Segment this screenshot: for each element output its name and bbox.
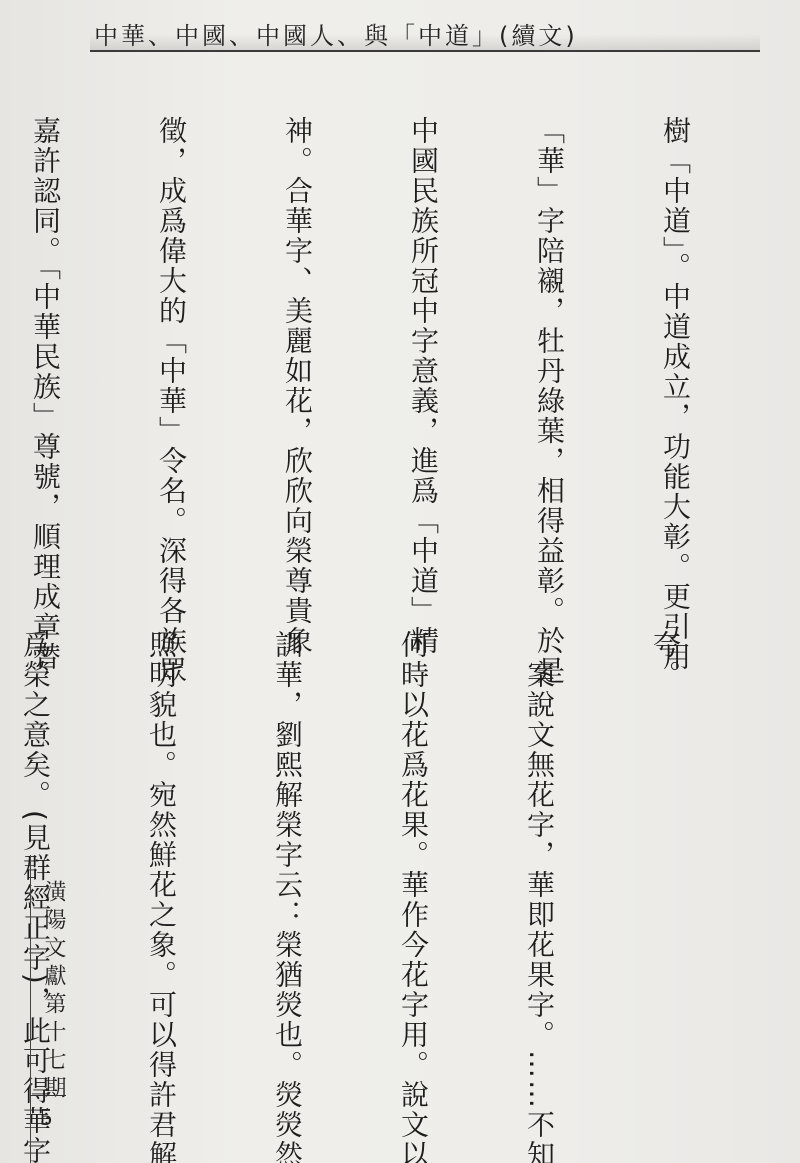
text-column: 何時以花爲花果。華作今花字用。說文以榮: [392, 630, 434, 1100]
text-column: 訓華，劉熙解榮字云：榮猶熒也。熒熒然，: [266, 630, 308, 1100]
text-column: 嘉許認同。「中華民族」尊號，順理成章替: [24, 116, 66, 586]
margin-rule: [30, 855, 31, 1163]
body-text-bottom: 夸。 案說文無花字，華即花果字。……不知 何時以花爲花果。華作今花字用。說文以榮…: [0, 630, 770, 1100]
text-column: 夸。: [644, 630, 686, 1100]
page-number: 5: [40, 1105, 52, 1132]
body-text-top: 樹「中道」。中道成立，功能大彰。更引用 「華」字陪襯，牡丹綠葉，相得益彰。於是 …: [0, 116, 780, 586]
running-header: 中華、中國、中國人、與「中道」(續文): [90, 14, 760, 52]
text-column: 照明貌也。宛然鮮花之象。可以得許君解華: [140, 630, 182, 1100]
journal-name: 潢陽文獻第十七期: [38, 880, 69, 1104]
text-column: 中國民族所冠中字意義，進爲「中道」精: [402, 116, 444, 586]
text-column: 神。合華字、美麗如花，欣欣向榮尊貴象: [276, 116, 318, 586]
text-column: 徵，成爲偉大的「中華」令名。深得各族眾: [150, 116, 192, 586]
article-title: 中華、中國、中國人、與「中道」(續文): [94, 16, 578, 51]
text-column: 「華」字陪襯，牡丹綠葉，相得益彰。於是: [528, 116, 570, 586]
text-column: 案說文無花字，華即花果字。……不知: [518, 630, 560, 1100]
text-column: 樹「中道」。中道成立，功能大彰。更引用: [654, 116, 696, 586]
page-number-rule: [30, 1095, 66, 1096]
